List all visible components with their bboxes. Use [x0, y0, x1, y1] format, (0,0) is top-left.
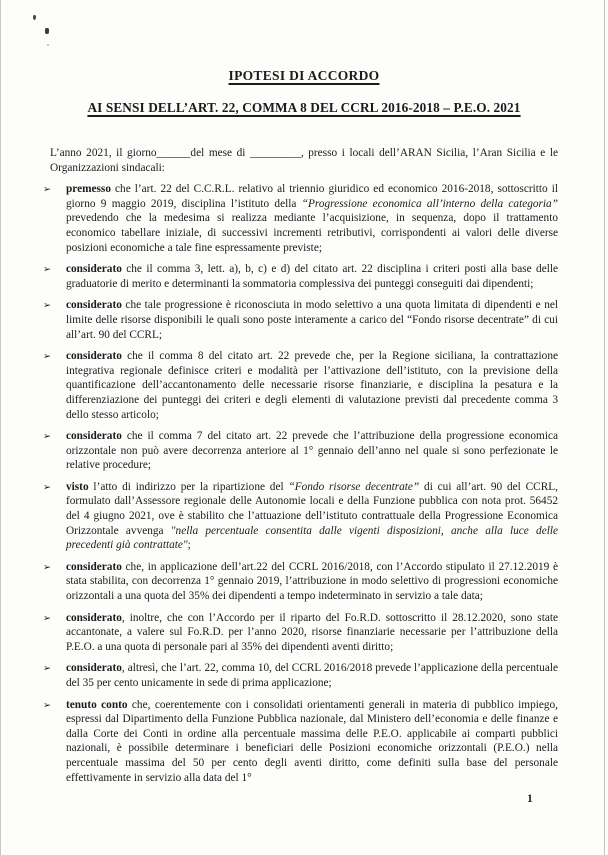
list-item-text: considerato che il comma 8 del citato ar… — [66, 350, 558, 420]
list-item-text: considerato, altresì, che l’art. 22, com… — [66, 662, 558, 689]
bullet-arrow-icon: ➢ — [43, 699, 51, 713]
scan-speck — [33, 15, 36, 20]
bullet-arrow-icon: ➢ — [43, 612, 51, 626]
list-item: ➢considerato, altresì, che l’art. 22, co… — [66, 661, 558, 690]
intro-paragraph: L’anno 2021, il giorno______del mese di … — [50, 146, 558, 175]
list-item: ➢considerato che il comma 3, lett. a), b… — [66, 262, 558, 291]
bullet-arrow-icon: ➢ — [43, 430, 51, 444]
scan-edge-right — [604, 0, 605, 855]
scan-edge-left — [0, 0, 1, 855]
document-subtitle: AI SENSI DELL’ART. 22, COMMA 8 DEL CCRL … — [50, 100, 558, 116]
points-list: ➢premesso che l’art. 22 del C.C.R.L. rel… — [50, 182, 558, 785]
document-content: IPOTESI DI ACCORDO AI SENSI DELL’ART. 22… — [50, 0, 558, 785]
document-page: IPOTESI DI ACCORDO AI SENSI DELL’ART. 22… — [0, 0, 608, 855]
document-title: IPOTESI DI ACCORDO — [50, 68, 558, 84]
list-item: ➢considerato che, in applicazione dell’a… — [66, 560, 558, 604]
list-item-text: visto l’atto di indirizzo per la riparti… — [66, 481, 558, 551]
bullet-arrow-icon: ➢ — [43, 350, 51, 364]
bullet-arrow-icon: ➢ — [43, 561, 51, 575]
list-item: ➢considerato che il comma 7 del citato a… — [66, 429, 558, 473]
list-item-text: tenuto conto che, coerentemente con i co… — [66, 699, 558, 784]
scan-speck — [45, 28, 49, 34]
bullet-arrow-icon: ➢ — [43, 662, 51, 676]
page-number: 1 — [527, 793, 533, 805]
bullet-arrow-icon: ➢ — [43, 481, 51, 495]
list-item: ➢considerato che tale progressione è ric… — [66, 298, 558, 342]
list-item-text: considerato che il comma 3, lett. a), b,… — [66, 263, 558, 290]
list-item-text: considerato che il comma 7 del citato ar… — [66, 430, 558, 471]
list-item: ➢considerato, inoltre, che con l’Accordo… — [66, 611, 558, 655]
list-item: ➢tenuto conto che, coerentemente con i c… — [66, 698, 558, 786]
list-item-text: considerato che tale progressione è rico… — [66, 299, 558, 340]
scan-speck — [47, 44, 49, 46]
bullet-arrow-icon: ➢ — [43, 183, 51, 197]
bullet-arrow-icon: ➢ — [43, 263, 51, 277]
list-item: ➢considerato che il comma 8 del citato a… — [66, 349, 558, 422]
list-item: ➢visto l’atto di indirizzo per la ripart… — [66, 480, 558, 553]
list-item: ➢premesso che l’art. 22 del C.C.R.L. rel… — [66, 182, 558, 255]
list-item-text: considerato, inoltre, che con l’Accordo … — [66, 612, 558, 653]
list-item-text: premesso che l’art. 22 del C.C.R.L. rela… — [66, 183, 558, 253]
list-item-text: considerato che, in applicazione dell’ar… — [66, 561, 558, 602]
bullet-arrow-icon: ➢ — [43, 299, 51, 313]
